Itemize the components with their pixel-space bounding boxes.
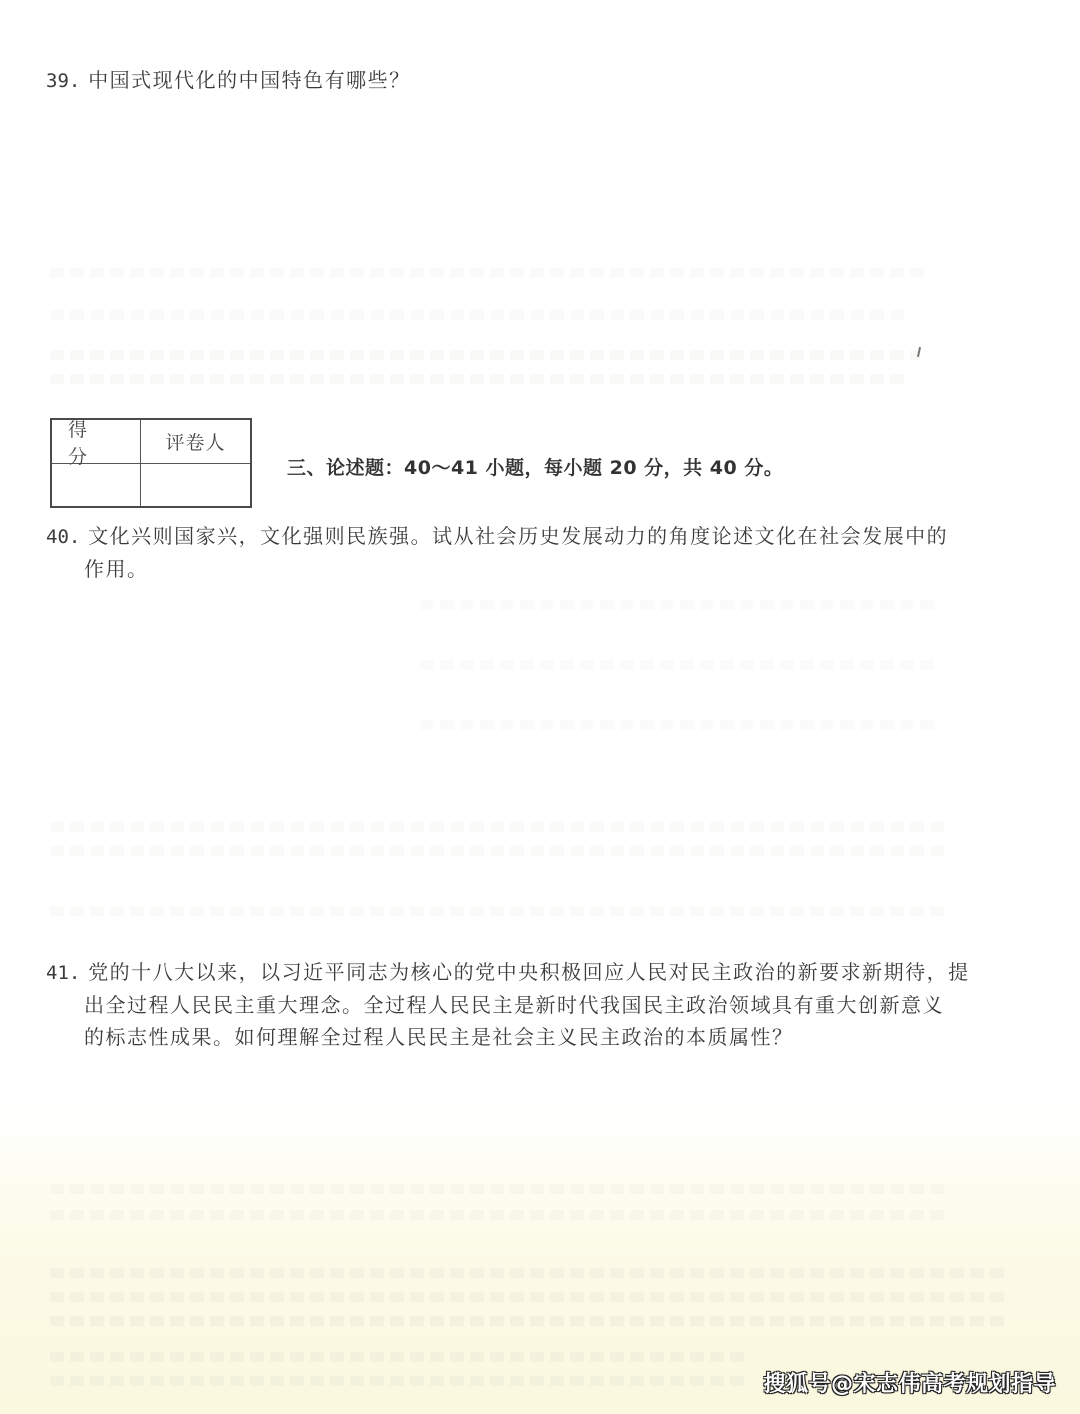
stray-pen-mark xyxy=(917,347,921,357)
score-header: 得分 xyxy=(52,420,141,464)
question-number: 39. xyxy=(46,70,80,92)
bleed-through-texture xyxy=(50,906,950,916)
bleed-through-texture xyxy=(50,846,950,856)
bleed-through-texture xyxy=(420,600,940,610)
question-text-line: 出全过程人民民主重大理念。全过程人民民主是新时代我国民主政治领域具有重大创新意义 xyxy=(46,989,970,1021)
grader-header: 评卷人 xyxy=(141,420,250,464)
bleed-through-texture xyxy=(50,1210,950,1220)
section-heading: 三、论述题：40～41 小题，每小题 20 分，共 40 分。 xyxy=(287,453,783,480)
bleed-through-texture xyxy=(50,822,950,832)
bleed-through-texture xyxy=(50,374,910,384)
exam-page: 39. 中国式现代化的中国特色有哪些？ 得分 评卷人 三、论述题：40～41 小… xyxy=(0,0,1080,1414)
question-number: 41. xyxy=(46,962,80,984)
bleed-through-texture xyxy=(50,1184,950,1194)
bleed-through-texture xyxy=(50,350,920,360)
score-value-field[interactable] xyxy=(52,464,141,506)
bleed-through-texture xyxy=(50,1376,750,1386)
bleed-through-texture xyxy=(50,1268,1010,1278)
watermark: 搜狐号@宋志伟高考规划指导 xyxy=(763,1367,1056,1398)
question-41: 41. 党的十八大以来，以习近平同志为核心的党中央积极回应人民对民主政治的新要求… xyxy=(46,956,970,1053)
bleed-through-texture xyxy=(420,720,940,730)
bleed-through-texture xyxy=(50,1352,750,1362)
bleed-through-texture xyxy=(50,1316,1010,1326)
bleed-through-texture xyxy=(50,268,930,278)
score-box: 得分 评卷人 xyxy=(50,418,252,508)
question-text-line: 文化兴则国家兴，文化强则民族强。试从社会历史发展动力的角度论述文化在社会发展中的 xyxy=(88,524,948,548)
question-text-line: 作用。 xyxy=(46,553,948,585)
question-number: 40. xyxy=(46,526,80,548)
grader-value-field[interactable] xyxy=(141,464,250,506)
bleed-through-texture xyxy=(50,1292,1010,1302)
question-40: 40. 文化兴则国家兴，文化强则民族强。试从社会历史发展动力的角度论述文化在社会… xyxy=(46,520,948,585)
question-text-line: 党的十八大以来，以习近平同志为核心的党中央积极回应人民对民主政治的新要求新期待，… xyxy=(88,960,970,984)
question-text: 中国式现代化的中国特色有哪些？ xyxy=(88,68,411,92)
question-text-line: 的标志性成果。如何理解全过程人民民主是社会主义民主政治的本质属性？ xyxy=(46,1021,970,1053)
bleed-through-texture xyxy=(420,660,940,670)
question-39: 39. 中国式现代化的中国特色有哪些？ xyxy=(46,64,411,97)
bleed-through-texture xyxy=(50,310,910,320)
